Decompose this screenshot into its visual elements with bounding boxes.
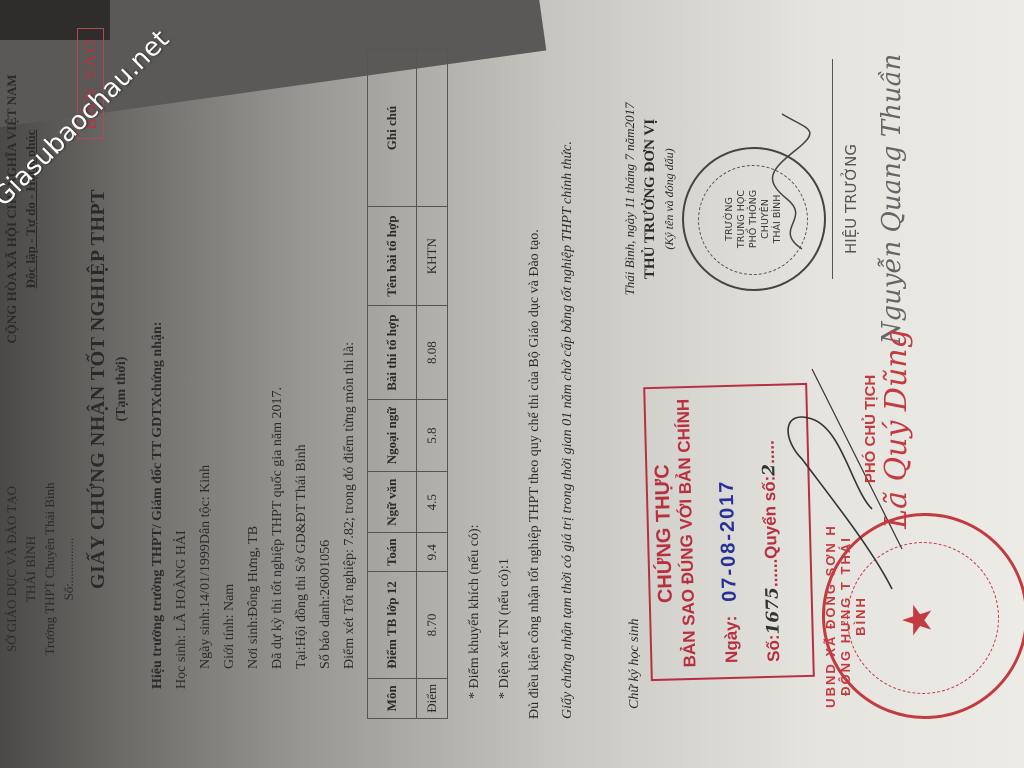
graduation-score: Điểm xét Tốt nghiệp: 7.82; trong đó điểm…: [342, 342, 358, 669]
issuer-header: SỞ GIÁO DỤC VÀ ĐÀO TẠO THÁI BÌNH Trường …: [2, 419, 78, 719]
table-row: Điểm 8.70 9.4 4.5 5.8 8.08 KHTN: [417, 50, 448, 719]
signer-title: THỦ TRƯỞNG ĐƠN VỊ: [642, 39, 659, 359]
header-gpa12: Điểm TB lớp 12: [368, 572, 417, 678]
department-name: SỞ GIÁO DỤC VÀ ĐÀO TẠO: [2, 419, 21, 719]
vice-chair-signature-block: PHÓ CHỦ TỊCH Lã Quý Dũng: [862, 329, 914, 529]
cert-date-row: Ngày:07-08-2017: [716, 479, 744, 663]
principal-title: HIỆU TRƯỞNG: [842, 39, 860, 359]
cell-notes: [417, 50, 448, 207]
cell-combined-exam: 8.08: [417, 306, 448, 400]
bonus-note: * Điểm khuyến khích (nếu có):: [467, 524, 483, 699]
header-literature: Ngữ văn: [368, 472, 417, 533]
cell-literature: 4.5: [417, 472, 448, 533]
student-name: Học sinh: LÃ HOÀNG HẢI: [174, 530, 190, 689]
student-gender: Giới tính: Nam: [222, 584, 238, 669]
issue-date: Thái Bình, ngày 11 tháng 7 năm2017: [622, 39, 638, 359]
header-combined-exam: Bài thi tổ hợp: [368, 306, 417, 400]
header-math: Toán: [368, 533, 417, 572]
cell-label: Điểm: [417, 678, 448, 718]
header-combined-name: Tên bài tổ hợp: [368, 207, 417, 306]
signature-line: [832, 59, 833, 279]
certificate-page: SỞ GIÁO DỤC VÀ ĐÀO TẠO THÁI BÌNH Trường …: [0, 19, 1024, 759]
cert-so-label: Số:: [764, 634, 784, 662]
province-name: THÁI BÌNH: [21, 419, 40, 719]
header-subject: Môn: [368, 678, 417, 718]
cell-gpa12: 8.70: [417, 572, 448, 678]
national-motto: Độc lập - Tự do - Hạnh phúc: [21, 39, 40, 379]
cell-math: 9.4: [417, 533, 448, 572]
header-foreign-language: Ngoại ngữ: [368, 399, 417, 471]
validity-note: Giấy chứng nhận tạm thời có giá trị tron…: [557, 59, 579, 719]
scores-header-row: Môn Điểm TB lớp 12 Toán Ngữ văn Ngoại ng…: [368, 50, 417, 719]
vice-chair-title: PHÓ CHỦ TỊCH: [862, 329, 879, 529]
header-notes: Ghi chú: [368, 50, 417, 207]
student-signature-label: Chữ ký học sinh: [627, 619, 643, 709]
scores-table: Môn Điểm TB lớp 12 Toán Ngữ văn Ngoại ng…: [367, 49, 448, 719]
student-dob: Ngày sinh:14/01/1999Dân tộc: Kinh: [198, 465, 214, 669]
cert-date-value: 07-08-2017: [716, 479, 741, 602]
exam-council: Tại:Hội đồng thi Sở GD&ĐT Thái Bình: [294, 444, 310, 669]
school-name: Trường THPT Chuyên Thái Bình: [40, 419, 59, 719]
principal-handwritten-signature: [762, 109, 822, 259]
document-number: Số:..............: [59, 419, 78, 719]
eligibility-note: Đủ điều kiện công nhận tốt nghiệp THPT t…: [527, 229, 543, 719]
document-subtitle: (Tạm thời): [114, 19, 130, 759]
cert-date-label: Ngày:: [721, 616, 741, 664]
vice-chair-name: Lã Quý Dũng: [879, 329, 914, 529]
principal-name: Nguyễn Quang Thuần: [877, 39, 907, 359]
intro-line: Hiệu trưởng trường THPT/ Giám đốc TT GDT…: [150, 322, 166, 689]
exemption-note: * Diện xét TN (nếu có):1: [497, 558, 513, 699]
exam-line: Đã dự kỳ thi tốt nghiệp THPT quốc gia nă…: [270, 387, 286, 669]
cell-foreign-language: 5.8: [417, 399, 448, 471]
candidate-number: Số báo danh:26001056: [318, 540, 334, 669]
student-birthplace: Nơi sinh:Đông Hưng, TB: [246, 526, 262, 669]
cell-combined-name: KHTN: [417, 207, 448, 306]
signer-note: (Ký tên và đóng dấu): [662, 39, 677, 359]
